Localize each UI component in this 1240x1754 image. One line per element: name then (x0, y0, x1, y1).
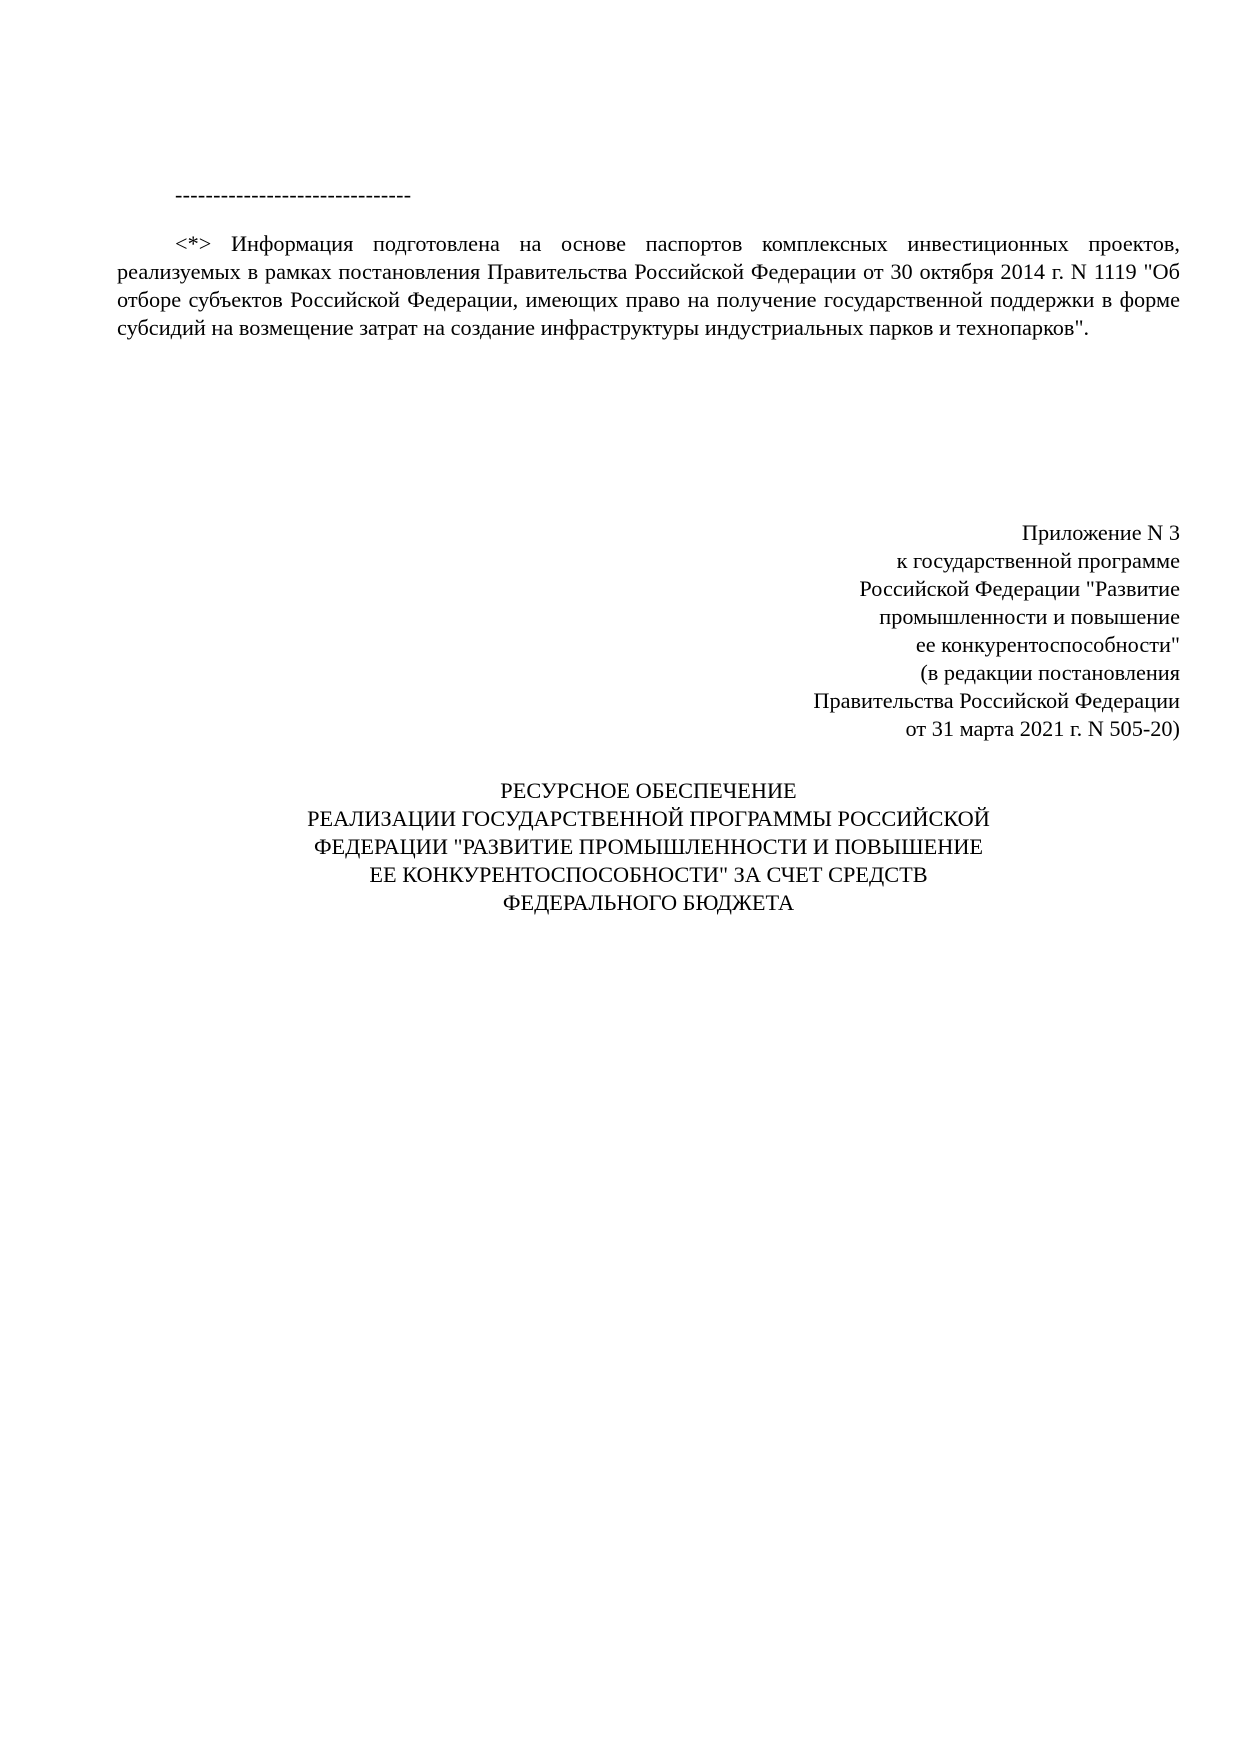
document-page: ------------------------------- <*> Инфо… (0, 0, 1240, 1754)
footnote-block: <*> Информация подготовлена на основе па… (117, 230, 1180, 342)
heading-line: ФЕДЕРАЦИИ "РАЗВИТИЕ ПРОМЫШЛЕННОСТИ И ПОВ… (117, 833, 1180, 861)
footnote-separator: ------------------------------- (175, 181, 411, 209)
heading-line: РЕАЛИЗАЦИИ ГОСУДАРСТВЕННОЙ ПРОГРАММЫ РОС… (117, 805, 1180, 833)
footnote-text: <*> Информация подготовлена на основе па… (117, 230, 1180, 342)
appendix-line: (в редакции постановления (117, 659, 1180, 687)
heading-line: ЕЕ КОНКУРЕНТОСПОСОБНОСТИ" ЗА СЧЕТ СРЕДСТ… (117, 861, 1180, 889)
appendix-line: промышленности и повышение (117, 603, 1180, 631)
heading-line: РЕСУРСНОЕ ОБЕСПЕЧЕНИЕ (117, 777, 1180, 805)
appendix-line: Российской Федерации "Развитие (117, 575, 1180, 603)
document-heading: РЕСУРСНОЕ ОБЕСПЕЧЕНИЕ РЕАЛИЗАЦИИ ГОСУДАР… (117, 777, 1180, 917)
appendix-line: ее конкурентоспособности" (117, 631, 1180, 659)
appendix-line: Приложение N 3 (117, 519, 1180, 547)
appendix-note: Приложение N 3 к государственной програм… (117, 519, 1180, 743)
appendix-line: от 31 марта 2021 г. N 505-20) (117, 715, 1180, 743)
heading-line: ФЕДЕРАЛЬНОГО БЮДЖЕТА (117, 889, 1180, 917)
appendix-line: Правительства Российской Федерации (117, 687, 1180, 715)
appendix-line: к государственной программе (117, 547, 1180, 575)
